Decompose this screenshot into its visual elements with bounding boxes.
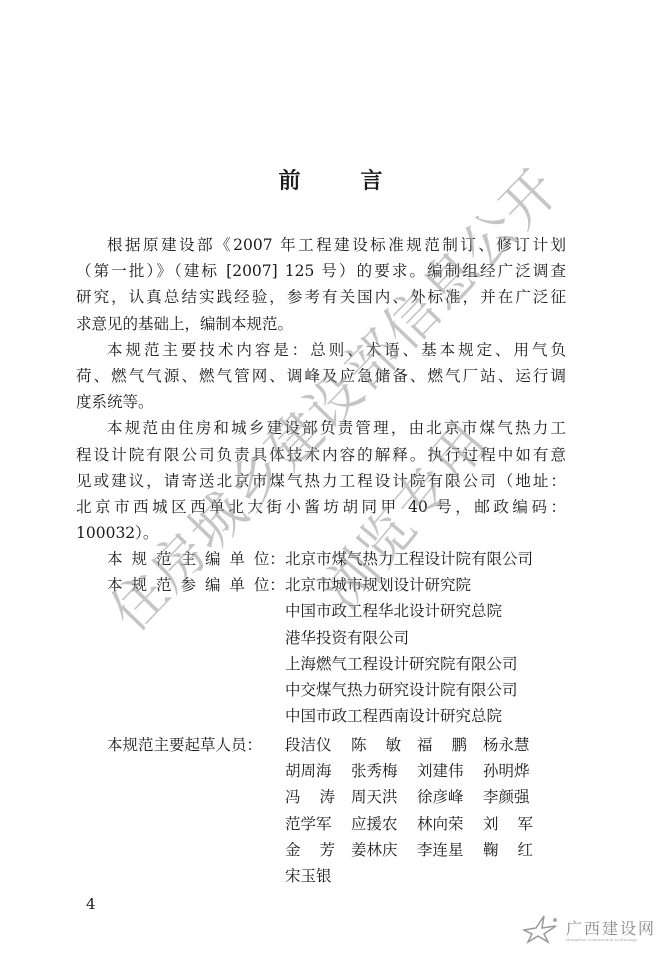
label-char: 编 bbox=[205, 546, 221, 572]
chief-editor-row: 本 规 范 主 编 单 位： 北京市煤气热力工程设计院有限公司 bbox=[107, 546, 533, 572]
drafter-name: 徐彦峰 bbox=[417, 784, 467, 810]
org-item: 北京市城市规划设计研究院 bbox=[285, 572, 518, 598]
text-line: 本规范由住房和城乡建设部负责管理，由北京市煤气热力工 bbox=[76, 415, 566, 441]
name-char: 金 bbox=[285, 837, 301, 863]
label-char: 规 bbox=[131, 546, 147, 572]
name-char: 张 bbox=[351, 758, 367, 784]
name-char: 军 bbox=[517, 811, 533, 837]
name-char: 援 bbox=[367, 811, 383, 837]
drafter-name: 林向荣 bbox=[417, 811, 467, 837]
org-item: 港华投资有限公司 bbox=[285, 625, 518, 651]
name-char: 林 bbox=[367, 837, 383, 863]
page-number: 4 bbox=[86, 895, 96, 913]
paragraph-2: 本规范主要技术内容是：总则、术语、基本规定、用气负 荷、燃气气源、燃气管网、调峰… bbox=[76, 337, 566, 416]
name-char: 慧 bbox=[514, 732, 530, 758]
name-char: 林 bbox=[417, 811, 433, 837]
drafter-name: 杨永慧 bbox=[483, 732, 533, 758]
drafter-name: 孙明烨 bbox=[483, 758, 533, 784]
label-char: 范 bbox=[156, 572, 172, 729]
name-char: 鞠 bbox=[483, 837, 499, 863]
document-page: 前言 根据原建设部《2007 年工程建设标准规范制订、修订计划 （第一批）》（建… bbox=[0, 0, 661, 958]
name-char: 军 bbox=[316, 811, 332, 837]
name-char: 学 bbox=[301, 811, 317, 837]
name-char: 胡 bbox=[285, 758, 301, 784]
name-char: 洪 bbox=[382, 784, 398, 810]
drafter-name: 李颜强 bbox=[483, 784, 533, 810]
drafter-names-row: 范学军应援农林向荣刘军 bbox=[285, 811, 549, 837]
drafter-name: 段洁仪 bbox=[285, 732, 335, 758]
label-char: 编 bbox=[205, 572, 221, 729]
name-char: 敏 bbox=[385, 732, 401, 758]
org-item: 中交煤气热力研究设计院有限公司 bbox=[285, 677, 518, 703]
name-char: 姜 bbox=[351, 837, 367, 863]
org-item: 中国市政工程华北设计研究总院 bbox=[285, 598, 518, 624]
drafter-name: 冯涛 bbox=[285, 784, 335, 810]
paragraph-1: 根据原建设部《2007 年工程建设标准规范制订、修订计划 （第一批）》（建标 [… bbox=[76, 232, 566, 337]
label-char: 本 bbox=[107, 546, 123, 572]
name-char: 海 bbox=[316, 758, 332, 784]
name-char: 连 bbox=[433, 837, 449, 863]
label-char: 本 bbox=[107, 572, 123, 729]
logo-text: 广西建设网 bbox=[566, 916, 656, 939]
drafter-name: 胡周海 bbox=[285, 758, 335, 784]
label-char: 单 bbox=[229, 572, 245, 729]
drafter-name: 周天洪 bbox=[351, 784, 401, 810]
label-char: 位： bbox=[254, 546, 285, 572]
site-logo: 广西建设网 Hangzhou construction technology bbox=[522, 912, 658, 948]
drafter-name: 福鹏 bbox=[417, 732, 467, 758]
name-char: 徐 bbox=[417, 784, 433, 810]
name-char: 冯 bbox=[285, 784, 301, 810]
name-char: 应 bbox=[351, 811, 367, 837]
participating-editor-list: 北京市城市规划设计研究院 中国市政工程华北设计研究总院 港华投资有限公司 上海燃… bbox=[285, 572, 518, 729]
name-char: 段 bbox=[285, 732, 301, 758]
label-char: 范 bbox=[156, 546, 172, 572]
drafter-names-row: 金芳姜林庆李连星鞠红 bbox=[285, 837, 549, 863]
name-char: 峰 bbox=[448, 784, 464, 810]
name-char: 刘 bbox=[417, 758, 433, 784]
drafter-names-row: 胡周海张秀梅刘建伟孙明烨 bbox=[285, 758, 549, 784]
name-char: 福 bbox=[417, 732, 433, 758]
name-char: 向 bbox=[433, 811, 449, 837]
name-char: 孙 bbox=[483, 758, 499, 784]
name-char: 涛 bbox=[319, 784, 335, 810]
name-char: 刘 bbox=[483, 811, 499, 837]
name-char: 周 bbox=[351, 784, 367, 810]
text-line: 本规范主要技术内容是：总则、术语、基本规定、用气负 bbox=[76, 337, 566, 363]
drafters-block: 本规范主要起草人员： 段洁仪陈敏福鹏杨永慧胡周海张秀梅刘建伟孙明烨冯涛周天洪徐彦… bbox=[107, 732, 549, 889]
drafter-name: 张秀梅 bbox=[351, 758, 401, 784]
name-char: 彦 bbox=[433, 784, 449, 810]
drafter-name: 刘建伟 bbox=[417, 758, 467, 784]
logo-subtext: Hangzhou construction technology bbox=[566, 937, 637, 942]
label-char: 参 bbox=[180, 572, 196, 729]
name-char: 强 bbox=[514, 784, 530, 810]
name-char: 玉 bbox=[301, 863, 317, 889]
organizations: 本 规 范 主 编 单 位： 北京市煤气热力工程设计院有限公司 本 规 范 参 … bbox=[107, 546, 533, 729]
drafter-name: 宋玉银 bbox=[285, 863, 335, 889]
text-line: 荷、燃气气源、燃气管网、调峰及应急储备、燃气厂站、运行调 bbox=[76, 363, 566, 389]
name-char: 烨 bbox=[514, 758, 530, 784]
chief-editor-value: 北京市煤气热力工程设计院有限公司 bbox=[285, 546, 533, 572]
text-line: 100032）。 bbox=[76, 520, 566, 546]
name-char: 杨 bbox=[483, 732, 499, 758]
drafter-name: 应援农 bbox=[351, 811, 401, 837]
name-char: 秀 bbox=[367, 758, 383, 784]
drafter-name: 刘军 bbox=[483, 811, 533, 837]
text-line: 求意见的基础上，编制本规范。 bbox=[76, 311, 566, 337]
name-char: 仪 bbox=[316, 732, 332, 758]
name-char: 颜 bbox=[499, 784, 515, 810]
name-char: 荣 bbox=[448, 811, 464, 837]
name-char: 鹏 bbox=[451, 732, 467, 758]
preface-body: 根据原建设部《2007 年工程建设标准规范制订、修订计划 （第一批）》（建标 [… bbox=[76, 232, 566, 546]
label-char: 主 bbox=[180, 546, 196, 572]
name-char: 范 bbox=[285, 811, 301, 837]
drafter-name: 李连星 bbox=[417, 837, 467, 863]
name-char: 李 bbox=[483, 784, 499, 810]
label-char: 规 bbox=[131, 572, 147, 729]
text-line: 根据原建设部《2007 年工程建设标准规范制订、修订计划 bbox=[76, 232, 566, 258]
name-char: 芳 bbox=[319, 837, 335, 863]
text-line: 北京市西城区西单北大街小酱坊胡同甲 40 号，邮政编码： bbox=[76, 494, 566, 520]
name-char: 李 bbox=[417, 837, 433, 863]
drafter-name: 鞠红 bbox=[483, 837, 533, 863]
name-char: 天 bbox=[367, 784, 383, 810]
participating-editor-row: 本 规 范 参 编 单 位： 北京市城市规划设计研究院 中国市政工程华北设计研究… bbox=[107, 572, 533, 729]
name-char: 农 bbox=[382, 811, 398, 837]
drafter-name: 范学军 bbox=[285, 811, 335, 837]
text-line: 度系统等。 bbox=[76, 389, 566, 415]
name-char: 红 bbox=[517, 837, 533, 863]
star-logo-icon bbox=[522, 914, 558, 944]
name-char: 庆 bbox=[382, 837, 398, 863]
drafter-names-row: 段洁仪陈敏福鹏杨永慧 bbox=[285, 732, 549, 758]
name-char: 永 bbox=[499, 732, 515, 758]
name-char: 建 bbox=[433, 758, 449, 784]
text-line: 程设计院有限公司负责具体技术内容的解释。执行过程中如有意 bbox=[76, 442, 566, 468]
drafters-label: 本规范主要起草人员： bbox=[107, 732, 285, 889]
name-char: 伟 bbox=[448, 758, 464, 784]
drafter-name: 姜林庆 bbox=[351, 837, 401, 863]
chief-editor-label: 本 规 范 主 编 单 位： bbox=[107, 546, 285, 572]
name-char: 星 bbox=[448, 837, 464, 863]
title-char-left: 前 bbox=[278, 169, 300, 194]
drafter-name: 金芳 bbox=[285, 837, 335, 863]
name-char: 宋 bbox=[285, 863, 301, 889]
page-title: 前言 bbox=[0, 164, 661, 195]
text-line: 研究，认真总结实践经验，参考有关国内、外标准，并在广泛征 bbox=[76, 284, 566, 310]
participating-editor-label: 本 规 范 参 编 单 位： bbox=[107, 572, 285, 729]
name-char: 梅 bbox=[382, 758, 398, 784]
title-char-right: 言 bbox=[361, 169, 383, 194]
label-char: 位： bbox=[254, 572, 285, 729]
org-item: 中国市政工程西南设计研究总院 bbox=[285, 703, 518, 729]
name-char: 银 bbox=[316, 863, 332, 889]
name-char: 周 bbox=[301, 758, 317, 784]
text-line: 见或建议，请寄送北京市煤气热力工程设计院有限公司（地址： bbox=[76, 468, 566, 494]
drafter-name: 陈敏 bbox=[351, 732, 401, 758]
drafters-row: 本规范主要起草人员： 段洁仪陈敏福鹏杨永慧胡周海张秀梅刘建伟孙明烨冯涛周天洪徐彦… bbox=[107, 732, 549, 889]
text-line: （第一批）》（建标 [2007] 125 号）的要求。编制组经广泛调查 bbox=[76, 258, 566, 284]
drafter-names-row: 宋玉银 bbox=[285, 863, 549, 889]
org-item: 上海燃气工程设计研究院有限公司 bbox=[285, 651, 518, 677]
name-char: 明 bbox=[499, 758, 515, 784]
label-char: 单 bbox=[229, 546, 245, 572]
drafter-names-row: 冯涛周天洪徐彦峰李颜强 bbox=[285, 784, 549, 810]
paragraph-3: 本规范由住房和城乡建设部负责管理，由北京市煤气热力工 程设计院有限公司负责具体技… bbox=[76, 415, 566, 546]
name-char: 陈 bbox=[351, 732, 367, 758]
drafters-grid: 段洁仪陈敏福鹏杨永慧胡周海张秀梅刘建伟孙明烨冯涛周天洪徐彦峰李颜强范学军应援农林… bbox=[285, 732, 549, 889]
name-char: 洁 bbox=[301, 732, 317, 758]
